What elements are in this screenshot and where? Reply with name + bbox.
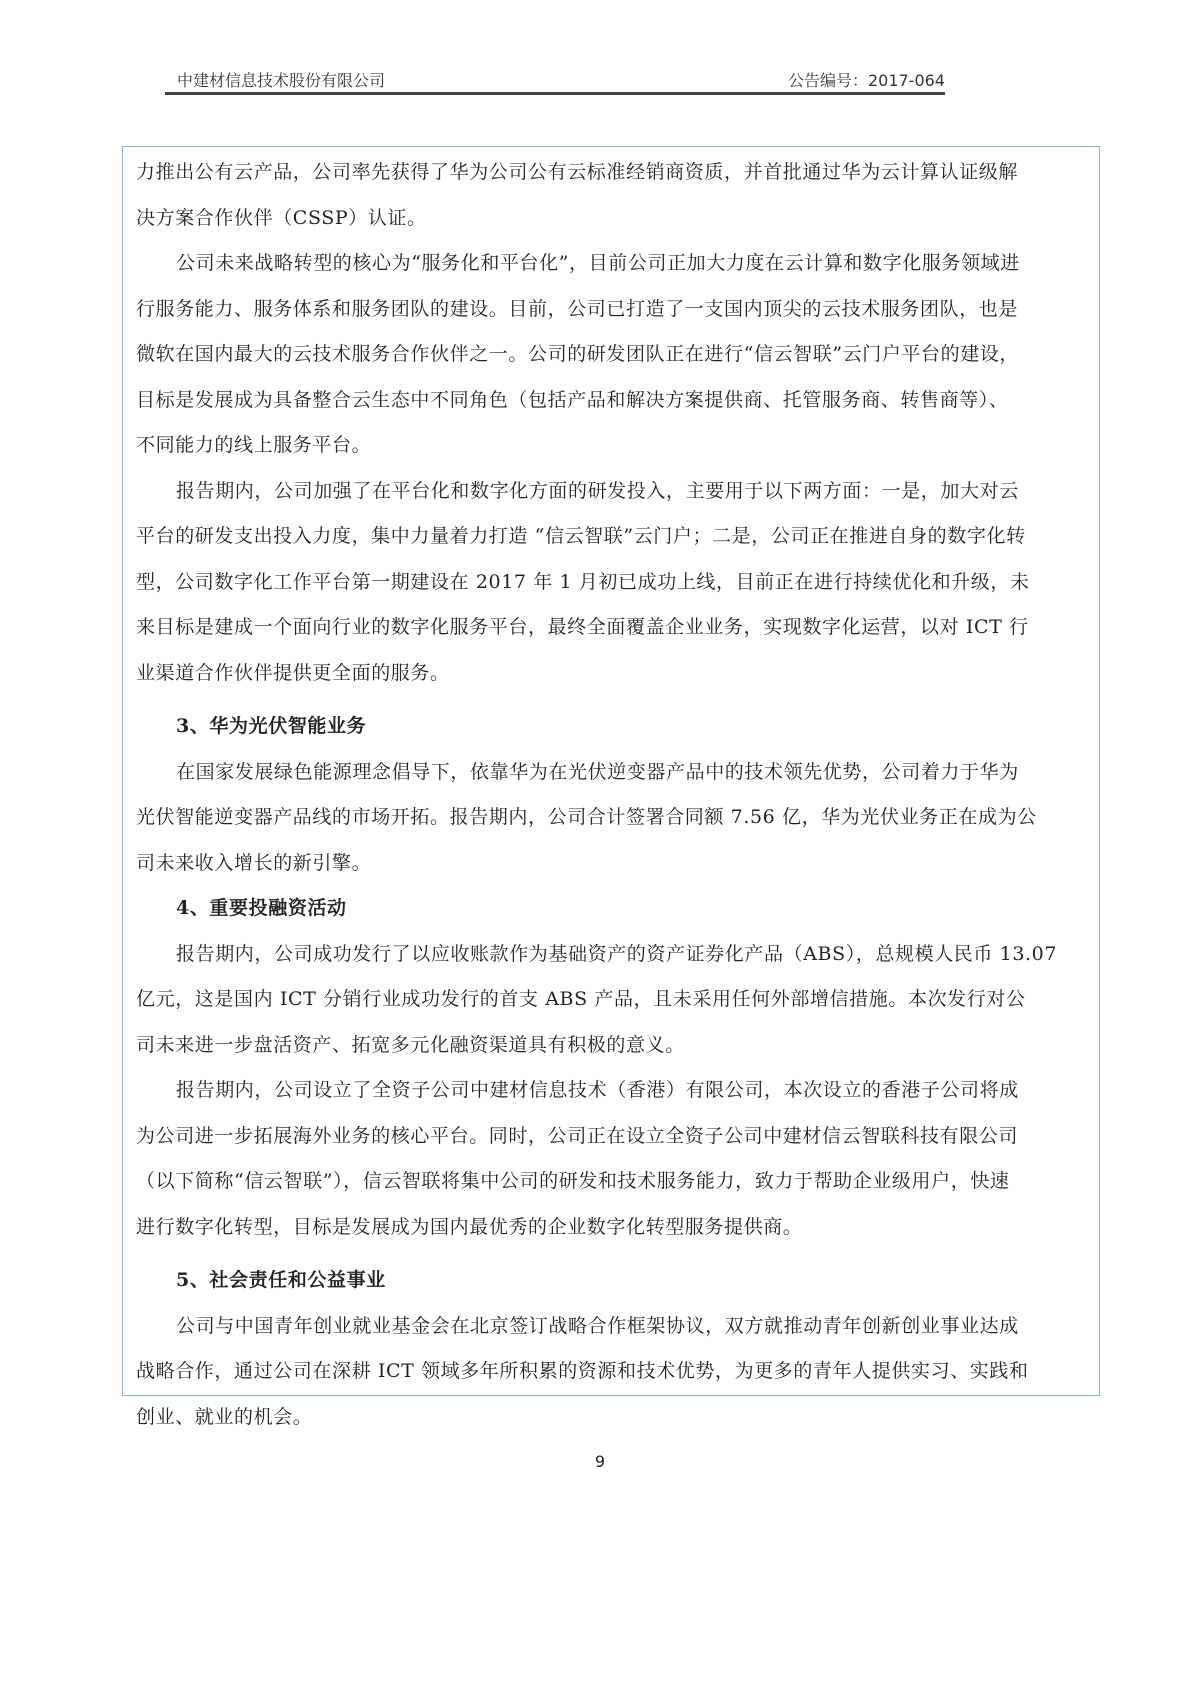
paragraph-photovoltaic: 在国家发展绿色能源理念倡导下，依靠华为在光伏逆变器产品中的技术领先优势，公司着力…: [136, 750, 1086, 887]
text-line: 平台的研发支出投入力度，集中力量着力打造 “信云智联”云门户；二是，公司正在推进…: [136, 514, 1086, 560]
text-line: 报告期内，公司加强了在平台化和数字化方面的研发投入，主要用于以下两方面：一是，加…: [136, 469, 1086, 515]
text-line: 报告期内，公司成功发行了以应收账款作为基础资产的资产证券化产品（ABS），总规模…: [136, 932, 1086, 978]
section-heading-4: 4、重要投融资活动: [136, 886, 1086, 932]
text-line: 行服务能力、服务体系和服务团队的建设。目前，公司已打造了一支国内顶尖的云技术服务…: [136, 287, 1086, 333]
text-line: 光伏智能逆变器产品线的市场开拓。报告期内，公司合计签署合同额 7.56 亿，华为…: [136, 795, 1086, 841]
section-heading-3: 3、华为光伏智能业务: [136, 704, 1086, 750]
text-line: 亿元，这是国内 ICT 分销行业成功发行的首支 ABS 产品，且未采用任何外部增…: [136, 977, 1086, 1023]
text-line: （以下简称“信云智联”），信云智联将集中公司的研发和技术服务能力，致力于帮助企业…: [136, 1159, 1086, 1205]
announcement-number: 公告编号：2017-064: [788, 68, 945, 91]
paragraph-strategy: 公司未来战略转型的核心为“服务化和平台化”，目前公司正加大力度在云计算和数字化服…: [136, 241, 1086, 469]
page-number: 9: [0, 1452, 1200, 1471]
paragraph-social-responsibility: 公司与中国青年创业就业基金会在北京签订战略合作框架协议，双方就推动青年创新创业事…: [136, 1304, 1086, 1441]
paragraph-abs: 报告期内，公司成功发行了以应收账款作为基础资产的资产证券化产品（ABS），总规模…: [136, 932, 1086, 1069]
text-line: 创业、就业的机会。: [136, 1395, 1086, 1441]
text-line: 目标是发展成为具备整合云生态中不同角色（包括产品和解决方案提供商、托管服务商、转…: [136, 378, 1086, 424]
paragraph-rd-investment: 报告期内，公司加强了在平台化和数字化方面的研发投入，主要用于以下两方面：一是，加…: [136, 469, 1086, 697]
text-line: 在国家发展绿色能源理念倡导下，依靠华为在光伏逆变器产品中的技术领先优势，公司着力…: [136, 750, 1086, 796]
text-line: 业渠道合作伙伴提供更全面的服务。: [136, 651, 1086, 697]
section-heading-5: 5、社会责任和公益事业: [136, 1258, 1086, 1304]
text-line: 决方案合作伙伴（CSSP）认证。: [136, 196, 1086, 242]
text-line: 型，公司数字化工作平台第一期建设在 2017 年 1 月初已成功上线，目前正在进…: [136, 560, 1086, 606]
page-header: 中建材信息技术股份有限公司 公告编号：2017-064: [165, 62, 945, 95]
text-line: 来目标是建成一个面向行业的数字化服务平台，最终全面覆盖企业业务，实现数字化运营，…: [136, 605, 1086, 651]
text-line: 微软在国内最大的云技术服务合作伙伴之一。公司的研发团队正在进行“信云智联”云门户…: [136, 332, 1086, 378]
text-line: 力推出公有云产品，公司率先获得了华为公司公有云标准经销商资质，并首批通过华为云计…: [136, 150, 1086, 196]
company-name: 中建材信息技术股份有限公司: [177, 68, 385, 91]
text-line: 公司未来战略转型的核心为“服务化和平台化”，目前公司正加大力度在云计算和数字化服…: [136, 241, 1086, 287]
text-line: 司未来收入增长的新引擎。: [136, 841, 1086, 887]
text-line: 战略合作，通过公司在深耕 ICT 领域多年所积累的资源和技术优势，为更多的青年人…: [136, 1349, 1086, 1395]
text-line: 报告期内，公司设立了全资子公司中建材信息技术（香港）有限公司，本次设立的香港子公…: [136, 1068, 1086, 1114]
text-line: 公司与中国青年创业就业基金会在北京签订战略合作框架协议，双方就推动青年创新创业事…: [136, 1304, 1086, 1350]
paragraph-cloud-products: 力推出公有云产品，公司率先获得了华为公司公有云标准经销商资质，并首批通过华为云计…: [136, 150, 1086, 241]
text-line: 为公司进一步拓展海外业务的核心平台。同时，公司正在设立全资子公司中建材信云智联科…: [136, 1114, 1086, 1160]
text-line: 进行数字化转型，目标是发展成为国内最优秀的企业数字化转型服务提供商。: [136, 1205, 1086, 1251]
paragraph-subsidiaries: 报告期内，公司设立了全资子公司中建材信息技术（香港）有限公司，本次设立的香港子公…: [136, 1068, 1086, 1250]
text-line: 不同能力的线上服务平台。: [136, 423, 1086, 469]
text-line: 司未来进一步盘活资产、拓宽多元化融资渠道具有积极的意义。: [136, 1023, 1086, 1069]
document-body: 力推出公有云产品，公司率先获得了华为公司公有云标准经销商资质，并首批通过华为云计…: [136, 150, 1086, 1440]
